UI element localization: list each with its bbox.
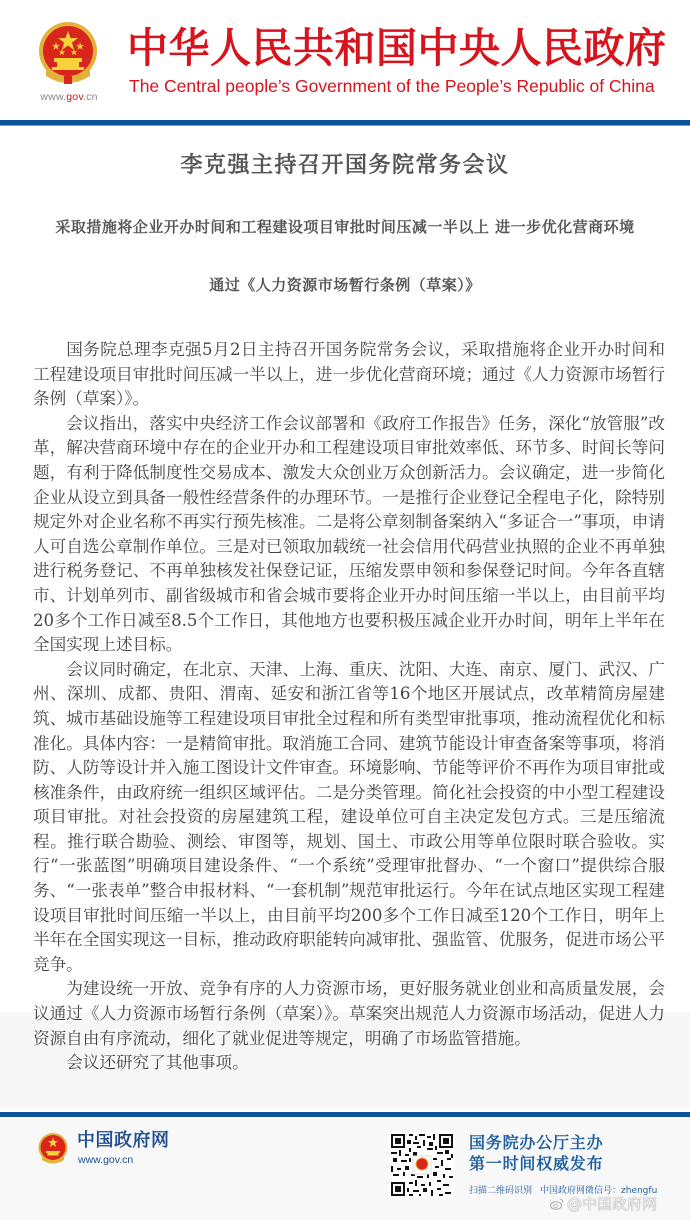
article-subhead-2: 通过《人力资源市场暂行条例（草案）》 <box>0 270 690 300</box>
site-title-en: The Central people’s Government of the P… <box>129 76 669 96</box>
site-url-domain: gov <box>66 91 83 103</box>
site-header: www.gov.cn 中华人民共和国中央人民政府 The Central peo… <box>0 0 690 120</box>
article-headline: 李克强主持召开国务院常务会议 <box>0 150 690 182</box>
site-url[interactable]: www.gov.cn <box>37 91 101 103</box>
article-paragraph: 会议指出，落实中央经济工作会议部署和《政府工作报告》任务，深化“放管服”改革，解… <box>33 412 665 658</box>
national-emblem-icon <box>36 20 100 88</box>
qr-code-icon[interactable] <box>389 1132 455 1198</box>
site-url-suffix: .cn <box>83 91 98 103</box>
article-paragraph: 为建设统一开放、竞争有序的人力资源市场，更好服务就业创业和高质量发展，会议通过《… <box>33 977 665 1051</box>
publisher-line-1: 国务院办公厅主办 <box>469 1133 603 1153</box>
article-paragraph: 会议同时确定，在北京、天津、上海、重庆、沈阳、大连、南京、厦门、武汉、广州、深圳… <box>33 658 665 978</box>
site-title-cn: 中华人民共和国中央人民政府 <box>127 24 667 72</box>
footer-brand-name: 中国政府网 <box>77 1130 170 1152</box>
article-subhead-1: 采取措施将企业开办时间和工程建设项目审批时间压减一半以上 进一步优化营商环境 <box>30 212 660 242</box>
weibo-watermark: @中国政府网 <box>550 1194 657 1214</box>
site-url-prefix: www. <box>40 91 66 103</box>
watermark-text: @中国政府网 <box>567 1195 657 1213</box>
publisher-line-2: 第一时间权威发布 <box>469 1154 603 1174</box>
footer-url-link[interactable]: www.gov.cn <box>78 1154 133 1166</box>
article-paragraph: 会议还研究了其他事项。 <box>33 1051 665 1076</box>
article-paragraph: 国务院总理李克强5月2日主持召开国务院常务会议，采取措施将企业开办时间和工程建设… <box>33 338 665 412</box>
weibo-icon <box>550 1198 564 1210</box>
scan-hint-text: 扫描二维码识别 <box>469 1186 532 1196</box>
national-emblem-small-icon <box>37 1132 69 1166</box>
header-divider-bar <box>0 120 690 126</box>
article-body: 国务院总理李克强5月2日主持召开国务院常务会议，采取措施将企业开办时间和工程建设… <box>33 338 665 1076</box>
